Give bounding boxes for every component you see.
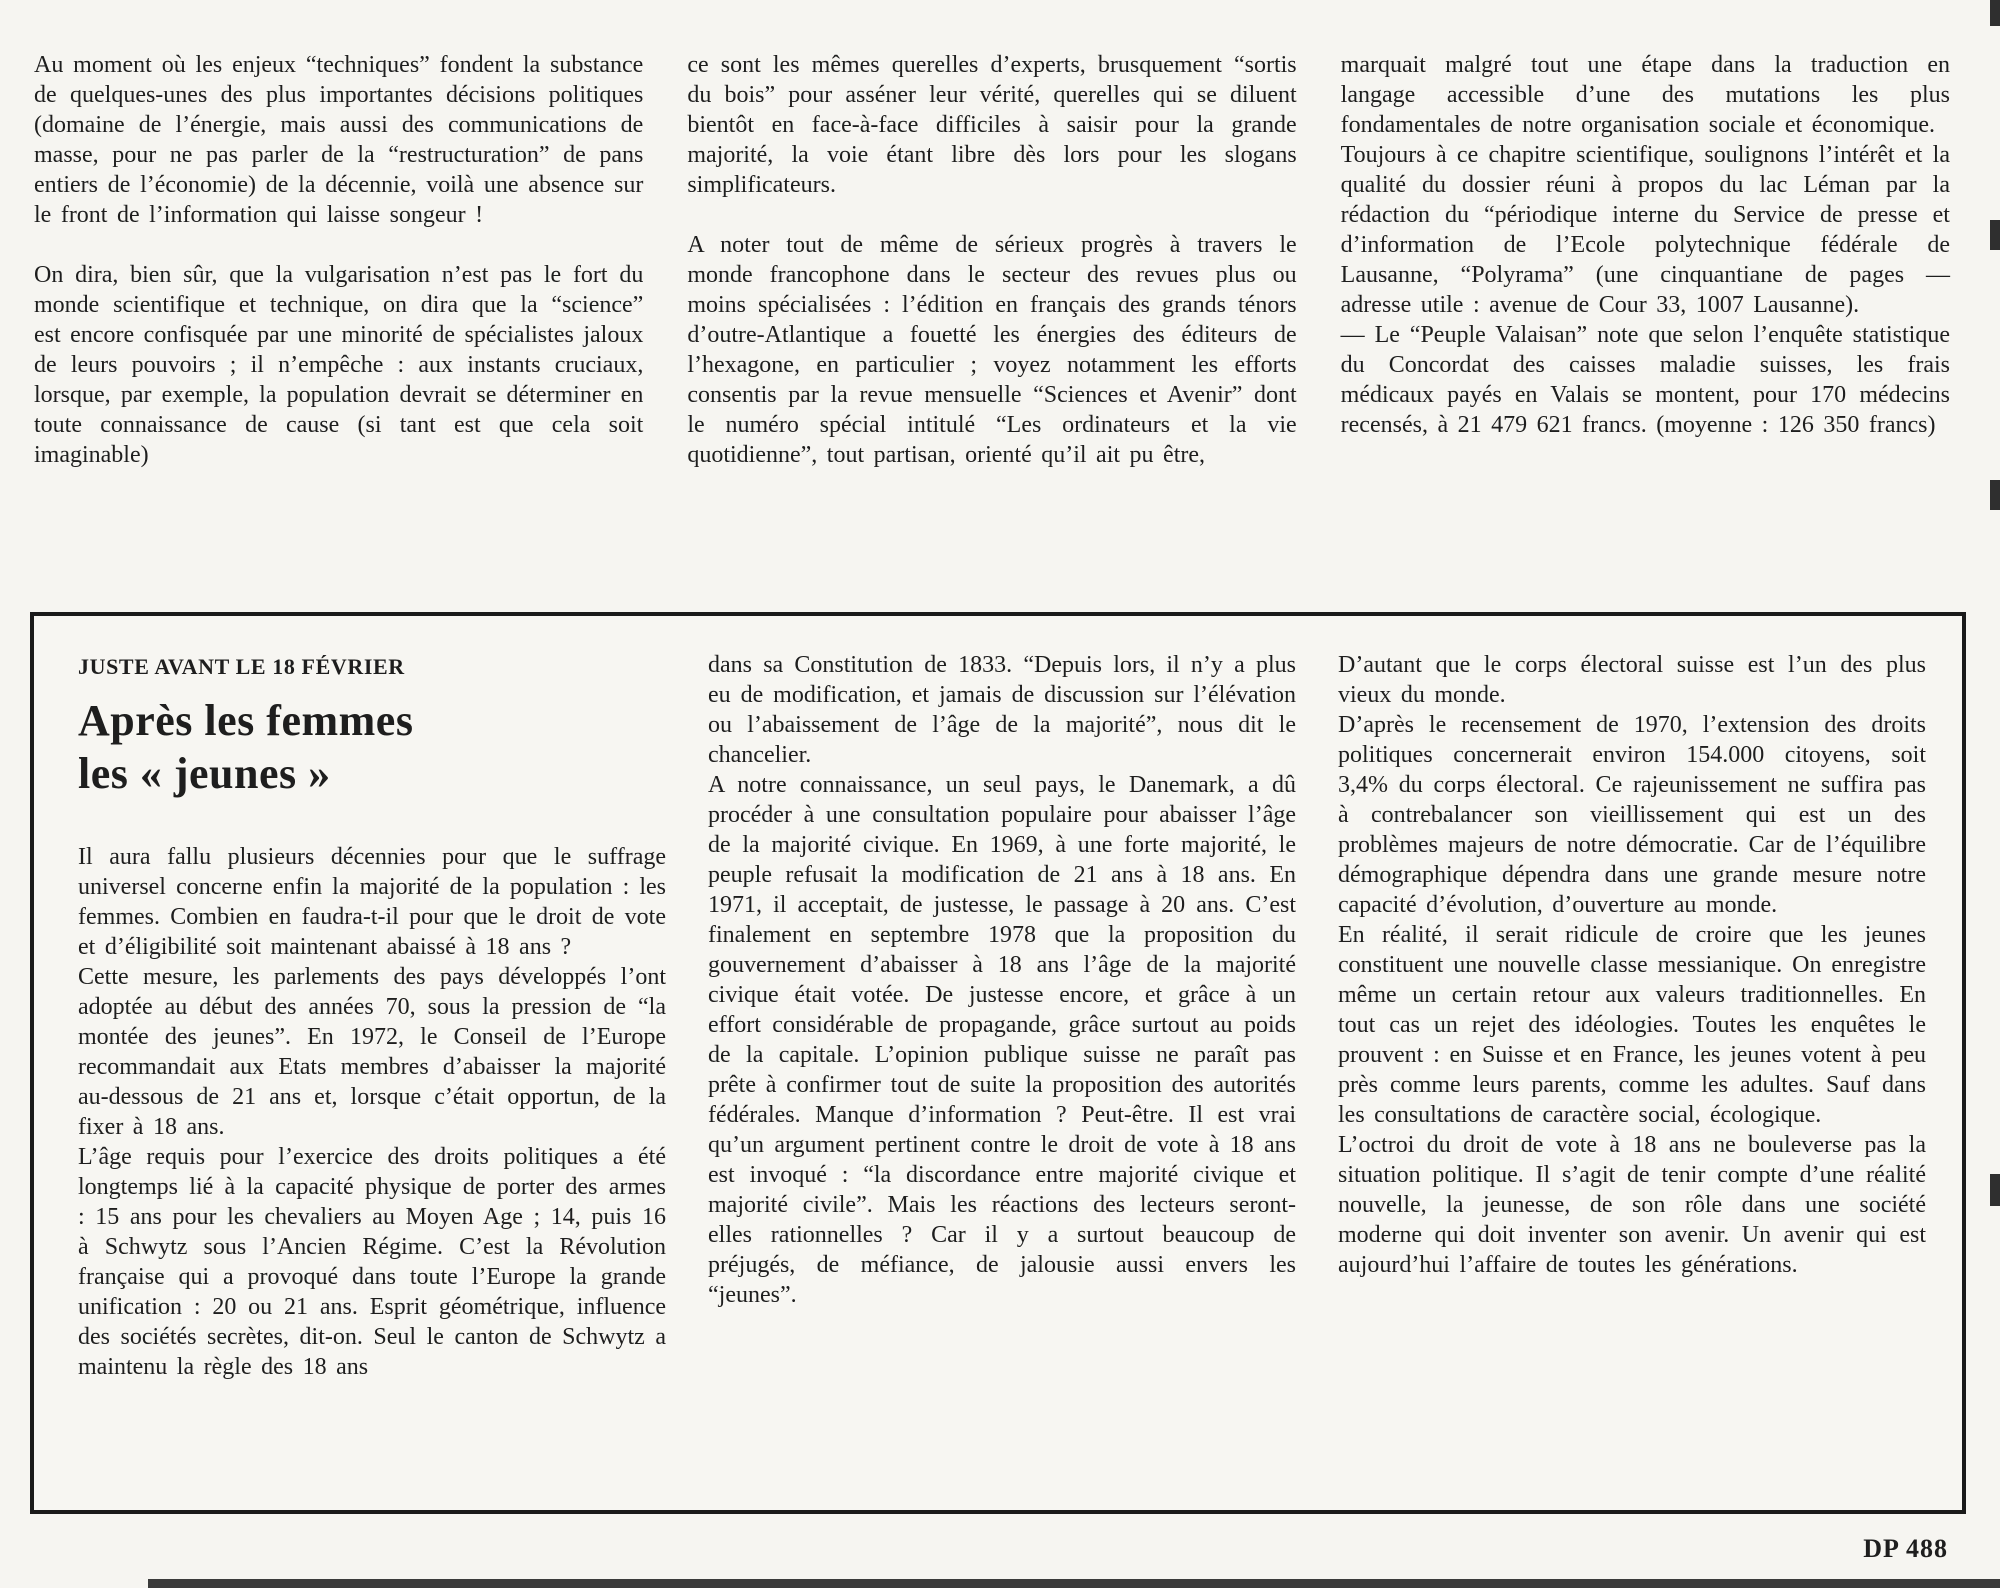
paragraph: L’âge requis pour l’exercice des droits … [78,1142,666,1382]
paragraph: En réalité, il serait ridicule de croire… [1338,920,1926,1130]
scan-artifact-mark [1990,1174,2000,1206]
paragraph: Cette mesure, les parlements des pays dé… [78,962,666,1142]
paragraph: L’octroi du droit de vote à 18 ans ne bo… [1338,1130,1926,1280]
top-article: Au moment où les enjeux “techniques” fon… [34,50,1950,470]
paragraph: — Le “Peuple Valaisan” note que selon l’… [1341,320,1950,440]
article-headline: Après les femmes les « jeunes » [78,694,666,800]
paragraph: Au moment où les enjeux “techniques” fon… [34,50,643,230]
headline-line-1: Après les femmes [78,694,666,747]
top-column-3: marquait malgré tout une étape dans la t… [1341,50,1950,470]
paragraph: Toujours à ce chapitre scientifique, sou… [1341,140,1950,320]
article-kicker: JUSTE AVANT LE 18 FÉVRIER [78,654,666,680]
scan-artifact-bar [148,1579,2000,1588]
top-column-1: Au moment où les enjeux “techniques” fon… [34,50,643,470]
headline-line-2: les « jeunes » [78,747,666,800]
paragraph: On dira, bien sûr, que la vulgarisation … [34,260,643,470]
box-column-3: D’autant que le corps électoral suisse e… [1338,650,1926,1482]
paragraph: D’après le recensement de 1970, l’extens… [1338,710,1926,920]
box-column-2: dans sa Constitution de 1833. “Depuis lo… [708,650,1296,1482]
boxed-article: JUSTE AVANT LE 18 FÉVRIER Après les femm… [30,612,1966,1514]
paragraph: A noter tout de même de sérieux progrès … [687,230,1296,470]
scan-artifact-mark [1990,480,2000,510]
paragraph: marquait malgré tout une étape dans la t… [1341,50,1950,140]
page-number: DP 488 [1863,1534,1948,1564]
scanned-newspaper-page: Au moment où les enjeux “techniques” fon… [0,0,2000,1588]
box-column-1: JUSTE AVANT LE 18 FÉVRIER Après les femm… [78,650,666,1482]
scan-artifact-mark [1990,0,2000,26]
top-column-2: ce sont les mêmes querelles d’experts, b… [687,50,1296,470]
scan-artifact-mark [1990,220,2000,250]
paragraph: ce sont les mêmes querelles d’experts, b… [687,50,1296,200]
paragraph: Il aura fallu plusieurs décennies pour q… [78,842,666,962]
paragraph: dans sa Constitution de 1833. “Depuis lo… [708,650,1296,770]
paragraph: A notre connaissance, un seul pays, le D… [708,770,1296,1310]
paragraph: D’autant que le corps électoral suisse e… [1338,650,1926,710]
